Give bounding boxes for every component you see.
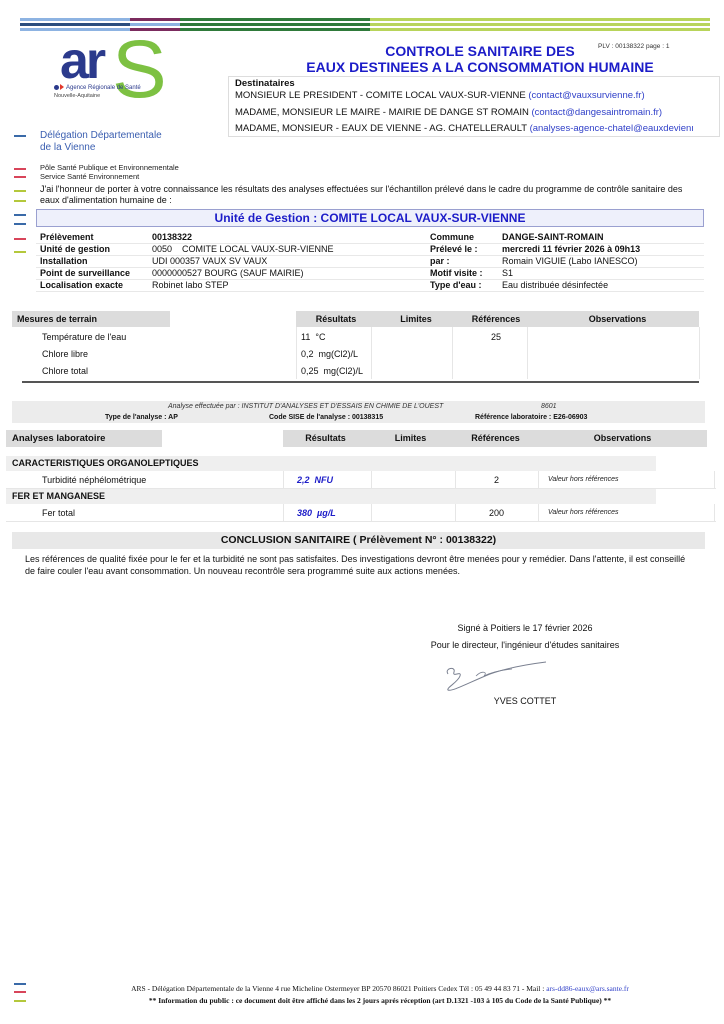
col-divider: [538, 471, 539, 488]
lab-analyses-section: Analyses laboratoire Résultats Limites R…: [6, 430, 716, 528]
field-row-result: 0,25 mg(Cl2)/L: [301, 366, 363, 376]
margin-dash-red: [14, 176, 26, 178]
delegation-line1: Délégation Départementale: [40, 130, 162, 142]
service-name: Service Santé Environnement: [40, 172, 179, 181]
signatory-name: YVES COTTET: [380, 696, 670, 706]
label-commune: Commune: [426, 232, 498, 244]
field-row-param: Chlore total: [42, 366, 88, 376]
table-row: Prélèvement 00138322 Commune DANGE-SAINT…: [36, 232, 704, 244]
margin-dash-green: [14, 200, 26, 202]
ars-logo: ar S Agence Régionale de Santé Nouvelle-…: [50, 45, 170, 115]
recipients-heading: Destinataires: [235, 78, 295, 89]
group-name: FER ET MANGANESE: [12, 491, 105, 501]
sample-info-table: Prélèvement 00138322 Commune DANGE-SAINT…: [36, 232, 704, 292]
plv-page-info: PLV : 00138322 page : 1: [598, 43, 669, 50]
margin-dash-red: [14, 238, 26, 240]
lab-row-result: 380 µg/L: [297, 508, 336, 518]
value-prelevement: 00138322: [148, 232, 426, 244]
lab-sise-code: Code SISE de l'analyse : 00138315: [269, 414, 383, 421]
lab-col-references: Références: [453, 430, 538, 447]
row-divider: [6, 521, 716, 522]
lab-title: Analyses laboratoire: [6, 430, 162, 447]
lab-analysis-type: Type de l'analyse : AP: [105, 414, 178, 421]
value-unite-gestion: 0050 COMITE LOCAL VAUX-SUR-VIENNE: [148, 244, 426, 256]
col-divider: [538, 504, 539, 521]
col-divider: [699, 327, 700, 379]
field-row-result: 11 °C: [301, 332, 325, 342]
signature-block: Signé à Poitiers le 17 février 2026 Pour…: [380, 620, 670, 654]
signature-place-date: Signé à Poitiers le 17 février 2026: [380, 620, 670, 637]
field-row-result: 0,2 mg(Cl2)/L: [301, 349, 358, 359]
col-divider: [283, 504, 284, 521]
handwritten-signature: [440, 660, 550, 694]
field-row-param: Température de l'eau: [42, 332, 126, 342]
group-name: CARACTERISTIQUES ORGANOLEPTIQUES: [12, 458, 199, 468]
field-row-reference: 25: [456, 332, 536, 342]
lab-code: 8601: [541, 403, 557, 410]
value-preleve-le: mercredi 11 février 2026 à 09h13: [498, 244, 704, 256]
col-divider: [714, 504, 715, 521]
recipient-email-link[interactable]: (contact@vauxsurvienne.fr): [528, 90, 644, 101]
label-installation: Installation: [36, 256, 148, 268]
table-row: Point de surveillance 0000000527 BOURG (…: [36, 268, 704, 280]
field-col-references: Références: [456, 311, 536, 327]
title-line2: EAUX DESTINEES A LA CONSOMMATION HUMAINE: [280, 59, 680, 75]
margin-dash-red: [14, 991, 26, 993]
col-divider: [452, 327, 453, 379]
field-title: Mesures de terrain: [12, 311, 170, 327]
recipient-item: MADAME, MONSIEUR - EAUX DE VIENNE - AG. …: [235, 123, 694, 134]
service-info: Pôle Santé Publique et Environnementale …: [40, 163, 179, 181]
logo-letter-s: S: [112, 23, 167, 117]
lab-row-reference: 200: [455, 508, 538, 518]
label-par: par :: [426, 256, 498, 268]
lab-row-observation: Valeur hors références: [548, 509, 619, 516]
label-localisation: Localisation exacte: [36, 280, 148, 292]
unite-gestion-banner: Unité de Gestion : COMITE LOCAL VAUX-SUR…: [36, 209, 704, 227]
margin-dash-blue: [14, 223, 26, 225]
label-motif-visite: Motif visite :: [426, 268, 498, 280]
value-point-surveillance: 0000000527 BOURG (SAUF MAIRIE): [148, 268, 426, 280]
margin-dash-blue: [14, 983, 26, 985]
footer-address: ARS - Délégation Départementale de la Vi…: [80, 984, 680, 993]
margin-dash-blue: [14, 135, 26, 137]
lab-col-limites: Limites: [368, 430, 453, 447]
signature-role: Pour le directeur, l'ingénieur d'études …: [380, 637, 670, 654]
field-measurements-section: Mesures de terrain Résultats Limites Réf…: [12, 311, 702, 387]
footer-address-text: ARS - Délégation Départementale de la Vi…: [131, 984, 546, 993]
value-localisation: Robinet labo STEP: [148, 280, 426, 292]
logo-agency-text: Agence Régionale de Santé: [66, 85, 141, 91]
conclusion-text: Les références de qualité fixée pour le …: [25, 554, 695, 577]
recipient-name: MADAME, MONSIEUR LE MAIRE - MAIRIE DE DA…: [235, 107, 529, 118]
margin-dash-red: [14, 168, 26, 170]
label-preleve-le: Prélevé le :: [426, 244, 498, 256]
footer-email-link[interactable]: ars-dd86-eaux@ars.sante.fr: [546, 984, 629, 993]
logo-letters-ar: ar: [60, 31, 103, 91]
value-motif-visite: S1: [498, 268, 704, 280]
label-type-eau: Type d'eau :: [426, 280, 498, 292]
footer-notice: ** Information du public : ce document d…: [80, 996, 680, 1005]
delegation-name: Délégation Départementale de la Vienne: [40, 130, 162, 154]
field-col-resultats: Résultats: [296, 311, 376, 327]
table-row: Localisation exacte Robinet labo STEP Ty…: [36, 280, 704, 292]
value-commune: DANGE-SAINT-ROMAIN: [498, 232, 704, 244]
lab-row-reference: 2: [455, 475, 538, 485]
recipient-item: MADAME, MONSIEUR LE MAIRE - MAIRIE DE DA…: [235, 107, 662, 118]
logo-agency: Agence Régionale de Santé: [54, 84, 141, 91]
recipients-box: Destinataires MONSIEUR LE PRESIDENT - CO…: [228, 76, 720, 137]
margin-dash-blue: [14, 214, 26, 216]
col-divider: [283, 471, 284, 488]
table-row: Installation UDI 000357 VAUX SV VAUX par…: [36, 256, 704, 268]
recipient-email-link[interactable]: (contact@dangesaintromain.fr): [531, 107, 662, 118]
value-par: Romain VIGUIE (Labo IANESCO): [498, 256, 704, 268]
section-divider: [22, 381, 699, 383]
field-col-limites: Limites: [376, 311, 456, 327]
col-divider: [296, 327, 297, 379]
field-col-observations: Observations: [536, 311, 699, 327]
recipient-name: MADAME, MONSIEUR - EAUX DE VIENNE - AG. …: [235, 123, 527, 134]
pole-name: Pôle Santé Publique et Environnementale: [40, 163, 179, 172]
lab-col-resultats: Résultats: [283, 430, 368, 447]
recipient-email-link[interactable]: (analyses-agence-chatel@eauxdevienı: [530, 123, 694, 134]
col-divider: [371, 327, 372, 379]
label-unite-gestion: Unité de gestion: [36, 244, 148, 256]
value-type-eau: Eau distribuée désinfectée: [498, 280, 704, 292]
label-prelevement: Prélèvement: [36, 232, 148, 244]
col-divider: [714, 471, 715, 488]
label-point-surveillance: Point de surveillance: [36, 268, 148, 280]
recipient-name: MONSIEUR LE PRESIDENT - COMITE LOCAL VAU…: [235, 90, 526, 101]
lab-info-band: Analyse effectuée par : INSTITUT D'ANALY…: [12, 401, 705, 423]
intro-paragraph: J'ai l'honneur de porter à votre connais…: [40, 184, 700, 206]
lab-row-param: Fer total: [42, 508, 75, 518]
logo-region: Nouvelle-Aquitaine: [54, 93, 100, 99]
margin-dash-green: [14, 251, 26, 253]
value-installation: UDI 000357 VAUX SV VAUX: [148, 256, 426, 268]
lab-row-result: 2,2 NFU: [297, 475, 333, 485]
lab-reference: Référence laboratoire : E26-06903: [475, 414, 587, 421]
margin-dash-green: [14, 190, 26, 192]
table-row: Unité de gestion 0050 COMITE LOCAL VAUX-…: [36, 244, 704, 256]
field-row-param: Chlore libre: [42, 349, 88, 359]
lab-col-observations: Observations: [538, 430, 707, 447]
recipient-item: MONSIEUR LE PRESIDENT - COMITE LOCAL VAU…: [235, 90, 645, 101]
delegation-line2: de la Vienne: [40, 142, 162, 154]
conclusion-title: CONCLUSION SANITAIRE ( Prélèvement N° : …: [12, 532, 705, 549]
col-divider: [371, 471, 372, 488]
lab-row-observation: Valeur hors références: [548, 476, 619, 483]
col-divider: [371, 504, 372, 521]
blue-dot-icon: [54, 85, 59, 90]
red-arrow-icon: [60, 84, 64, 90]
lab-row-param: Turbidité néphélométrique: [42, 475, 146, 485]
margin-dash-green: [14, 1000, 26, 1002]
lab-performed-by: Analyse effectuée par : INSTITUT D'ANALY…: [168, 403, 443, 410]
